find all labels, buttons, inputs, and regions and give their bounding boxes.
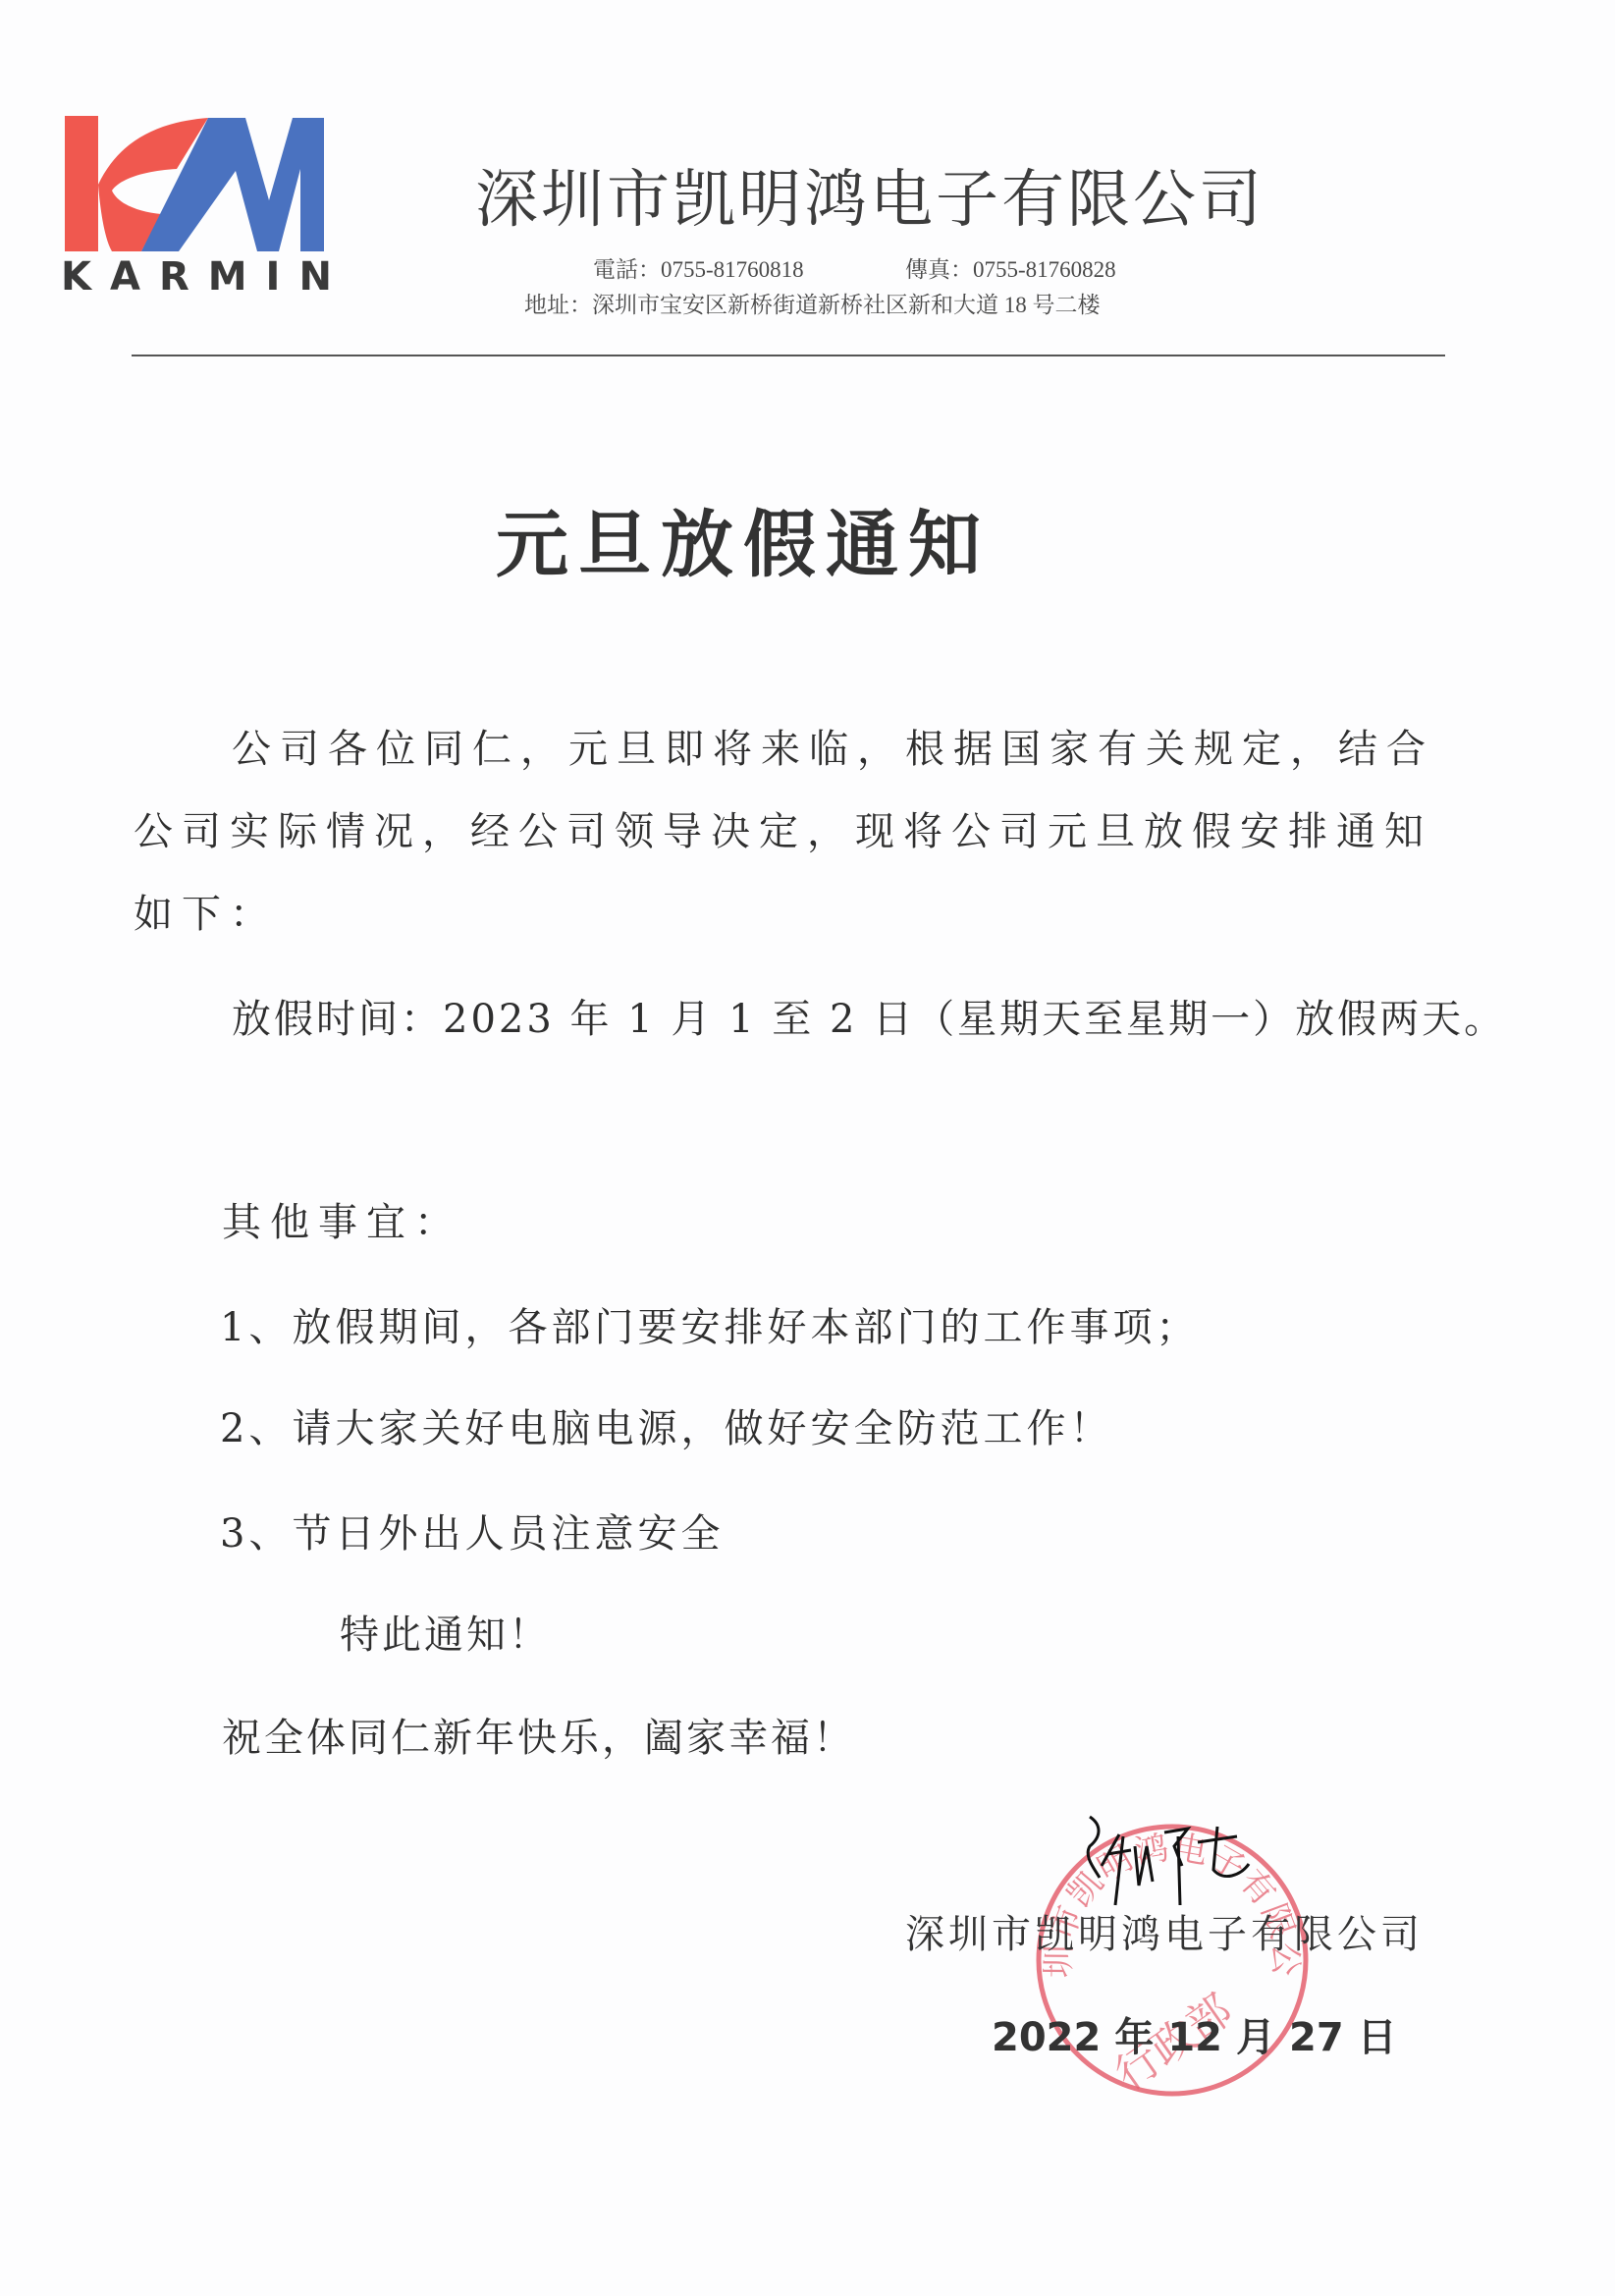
signoff-year: 2022 <box>992 2015 1101 2060</box>
holiday-schedule: 放假时间：2023 年 1 月 1 至 2 日（星期天至星期一）放假两天。 <box>232 995 1506 1044</box>
signature-icon <box>1080 1807 1276 1915</box>
list-item: 3、节日外出人员注意安全 <box>220 1509 724 1558</box>
other-matters-heading: 其他事宜： <box>222 1198 462 1247</box>
company-logo: KARMIN <box>61 110 328 302</box>
letterhead-divider <box>132 355 1445 356</box>
closing-notice: 特此通知！ <box>340 1611 551 1660</box>
letterhead-company-name: 深圳市凯明鸿电子有限公司 <box>475 163 1339 238</box>
signoff-month: 12 <box>1167 2015 1222 2060</box>
intro-line-2: 公司实际情况，经公司领导决定，现将公司元旦放假安排通知 <box>134 807 1432 856</box>
km-logo-mark-icon <box>61 110 328 257</box>
letterhead-address: 地址：深圳市宝安区新桥街道新桥社区新和大道 18 号二楼 <box>524 291 1101 320</box>
list-item: 2、请大家关好电脑电源，做好安全防范工作！ <box>220 1404 1112 1453</box>
logo-wordmark: KARMIN <box>61 255 328 299</box>
handwritten-signature <box>1080 1807 1276 1915</box>
signoff-company-name: 深圳市凯明鸿电子有限公司 <box>905 1910 1424 1959</box>
letterhead-phone: 電話：0755-81760818 <box>593 255 804 285</box>
document-title: 元旦放假通知 <box>496 501 1104 589</box>
list-item: 1、放假期间，各部门要安排好本部门的工作事项； <box>220 1303 1199 1352</box>
intro-line-3: 如下： <box>134 890 278 939</box>
signoff-month-unit: 月 <box>1236 2015 1275 2060</box>
intro-line-1: 公司各位同仁，元旦即将来临，根据国家有关规定，结合 <box>232 725 1434 774</box>
signoff-day-unit: 日 <box>1358 2015 1397 2060</box>
closing-wishes: 祝全体同仁新年快乐，阖家幸福！ <box>222 1714 855 1763</box>
signoff-day: 27 <box>1289 2015 1344 2060</box>
signoff-year-unit: 年 <box>1114 2015 1154 2060</box>
letterhead-fax: 傳真：0755-81760828 <box>905 255 1116 285</box>
signoff-date: 2022年12月27日 <box>992 2013 1411 2062</box>
